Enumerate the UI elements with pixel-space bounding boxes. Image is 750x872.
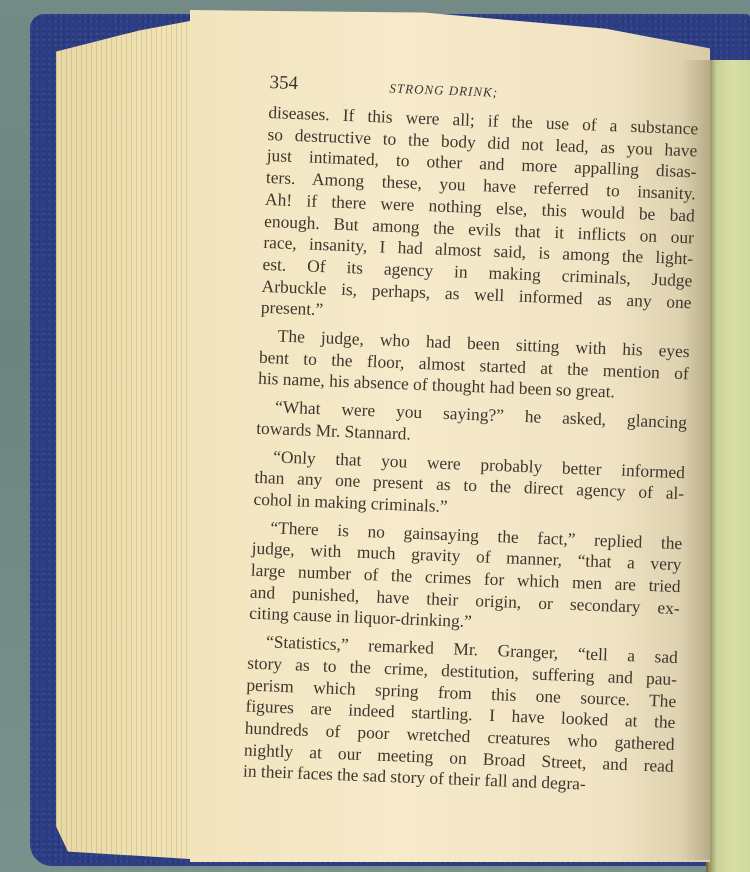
paragraph: diseases. If this were all; if the use o…: [261, 102, 699, 335]
page-edges-stack: [56, 18, 206, 860]
page-curl-shadow: [680, 60, 710, 860]
paragraph: “Only that you were probably better info…: [253, 445, 685, 527]
page-number: 354: [269, 72, 390, 99]
paragraph: “Statistics,” remarked Mr. Granger, “tel…: [243, 631, 679, 799]
page-content: 354 STRONG DRINK; diseases. If this were…: [243, 72, 700, 799]
book-page: 354 STRONG DRINK; diseases. If this were…: [190, 10, 710, 862]
running-head-title: STRONG DRINK;: [389, 81, 498, 101]
paragraph: The judge, who had been sitting with his…: [258, 325, 690, 407]
paragraph: “There is no gainsaying the fact,” repli…: [249, 516, 683, 641]
body-text: diseases. If this were all; if the use o…: [243, 102, 699, 799]
facing-page-gutter: [706, 60, 750, 872]
